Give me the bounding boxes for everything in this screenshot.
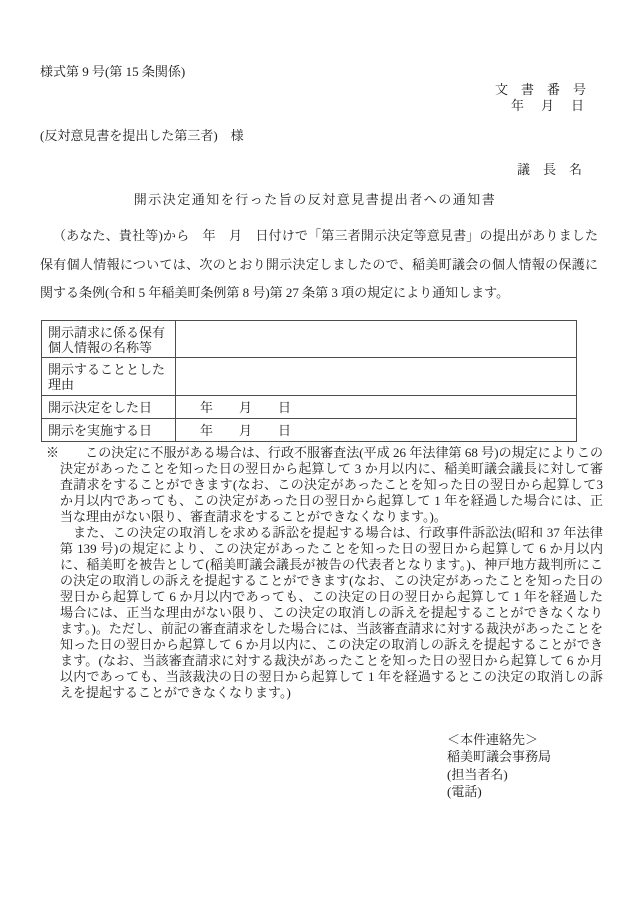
row-label: 開示決定をした日 — [42, 395, 176, 418]
contact-person: (担当者名) — [447, 766, 630, 784]
table-row-decision-date: 開示決定をした日 年 月 日 — [42, 395, 577, 418]
addressee-line: (反対意見書を提出した第三者) 様 — [40, 128, 630, 144]
contact-office: 稲美町議会事務局 — [447, 748, 630, 766]
document-number-line: 文 書 番 号 — [0, 82, 586, 98]
document-title: 開示決定通知を行った旨の反対意見書提出者への通知書 — [0, 191, 630, 208]
appeal-note-block: ※ この決定に不服がある場合は、行政不服審査法(平成 26 年法律第 68 号)… — [60, 445, 603, 701]
row-value-date: 年 月 日 — [176, 395, 577, 418]
document-meta-block: 文 書 番 号 年 月 日 — [0, 82, 586, 114]
note-paragraph-lawsuit: また、この決定の取消しを求める訴訟を提起する場合は、行政事件訴訟法(昭和 37 … — [60, 525, 603, 701]
contact-heading: ＜本件連絡先＞ — [447, 731, 630, 749]
intro-paragraph: （あなた、貴社等)から 年 月 日付けで「第三者開示決定等意見書」の提出がありま… — [40, 222, 598, 308]
row-value-date: 年 月 日 — [176, 418, 577, 441]
note-paragraph-review-request: ※ この決定に不服がある場合は、行政不服審査法(平成 26 年法律第 68 号)… — [60, 445, 603, 525]
chairman-signature-line: 議 長 名 — [0, 162, 582, 178]
row-value — [176, 357, 577, 395]
row-label: 開示を実施する日 — [42, 418, 176, 441]
row-value — [176, 320, 577, 357]
form-number: 様式第 9 号(第 15 条関係) — [40, 63, 630, 80]
notice-document: 様式第 9 号(第 15 条関係) 文 書 番 号 年 月 日 (反対意見書を提… — [0, 0, 630, 903]
table-row-disclosure-reason: 開示することとした理由 — [42, 357, 577, 395]
row-label: 開示請求に係る保有個人情報の名称等 — [42, 320, 176, 357]
disclosure-decision-table: 開示請求に係る保有個人情報の名称等 開示することとした理由 開示決定をした日 年… — [41, 320, 577, 442]
table-row-implementation-date: 開示を実施する日 年 月 日 — [42, 418, 577, 441]
contact-phone: (電話) — [447, 783, 630, 801]
contact-block: ＜本件連絡先＞ 稲美町議会事務局 (担当者名) (電話) — [447, 731, 630, 801]
document-date-line: 年 月 日 — [0, 98, 586, 114]
row-label: 開示することとした理由 — [42, 357, 176, 395]
table-row-held-info-name: 開示請求に係る保有個人情報の名称等 — [42, 320, 577, 357]
